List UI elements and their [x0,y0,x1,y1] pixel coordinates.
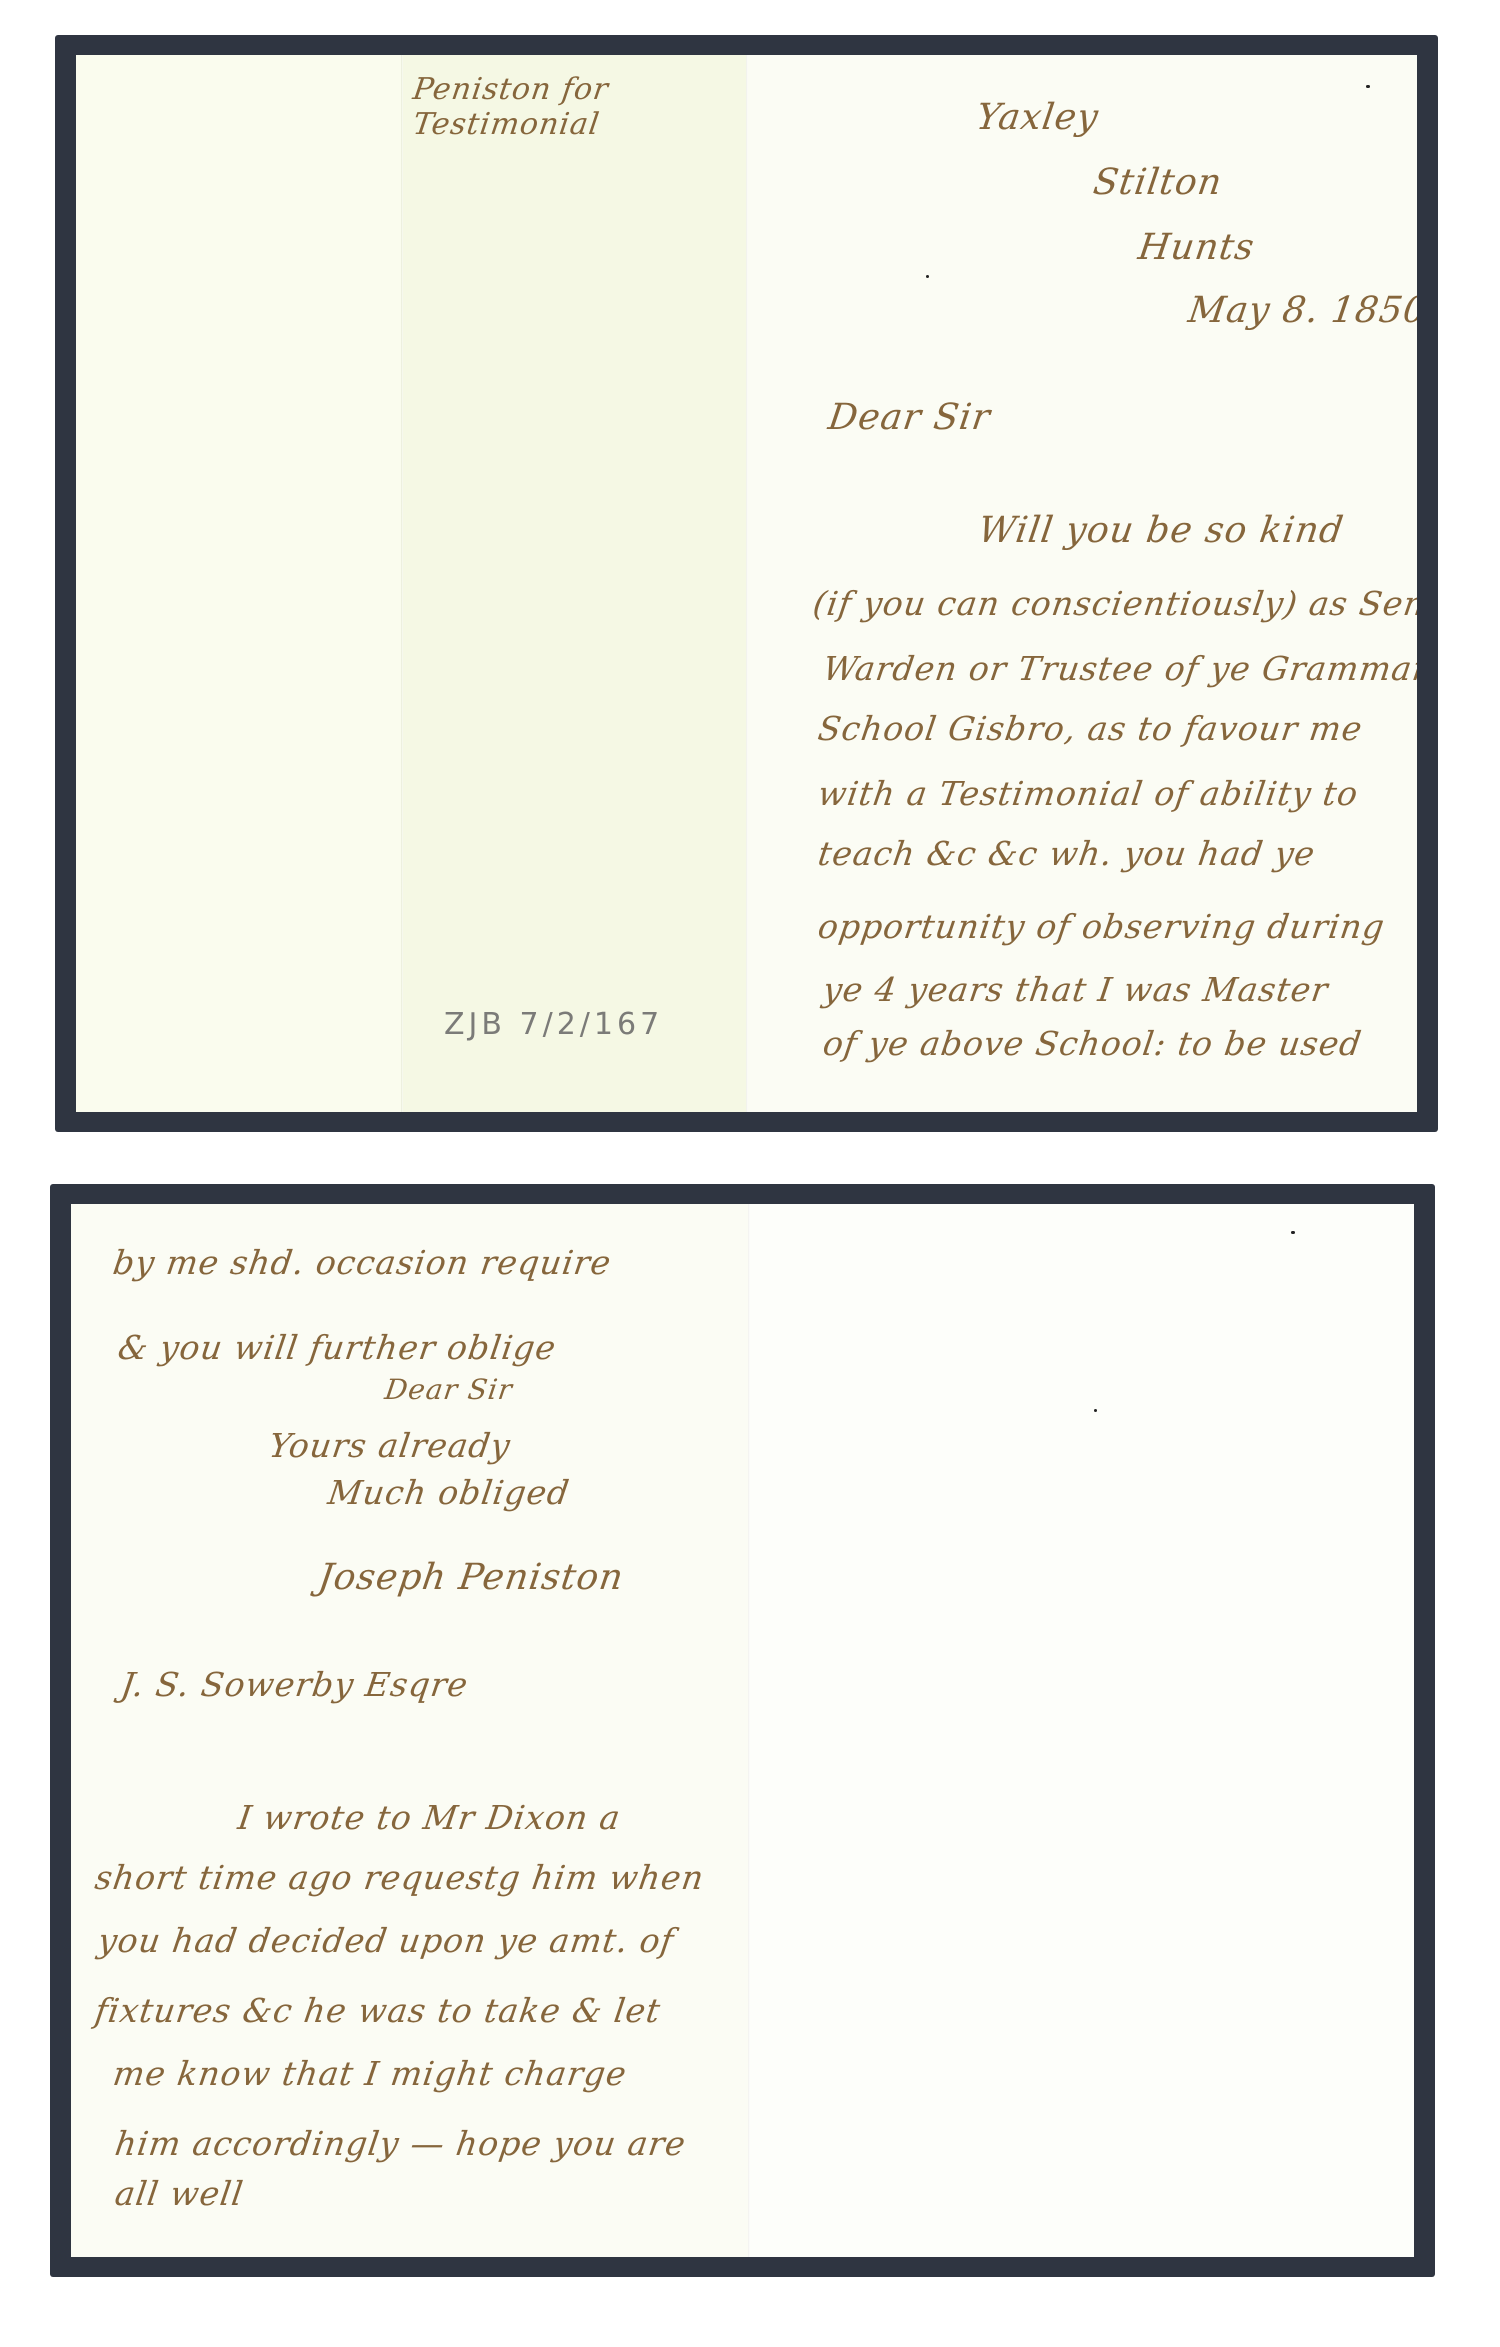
paper-speck [1291,1231,1295,1234]
closing-line-2: Yours already [267,1429,513,1462]
postscript-line: all well [113,2177,246,2210]
salutation: Dear Sir [826,400,993,436]
postscript-line: him accordingly — hope you are [113,2127,688,2160]
fold-line [748,1204,750,2257]
sheet-2-right-panel [748,1204,1414,2257]
postscript-line: fixtures &c he was to take & let [93,1994,663,2027]
address-line-3: Hunts [1136,230,1257,266]
body-line: with a Testimonial of ability to [816,777,1361,810]
paper-speck [926,275,929,278]
postscript-line: you had decided upon ye amt. of [96,1924,676,1957]
sheet-1-center-panel [401,55,746,1112]
body-line: of ye above School: to be used [821,1027,1364,1060]
archive-reference: ZJB 7/2/167 [444,1010,663,1040]
sheet-2-paper: by me shd. occasion require & you will f… [71,1204,1414,2257]
paper-speck [1366,85,1370,88]
addressee: J. S. Sowerby Esqre [119,1668,470,1701]
signature: Joseph Peniston [316,1560,626,1596]
body-line: & you will further oblige [116,1331,558,1364]
closing-line-1: Dear Sir [383,1376,514,1404]
letter-sheet-1: Peniston for Testimonial ZJB 7/2/167 Yax… [55,35,1438,1132]
postscript-line: short time ago requestg him when [93,1861,706,1894]
letter-date: May 8. 1850 [1186,293,1417,329]
body-line: teach &c &c wh. you had ye [816,837,1317,870]
sheet-1-left-panel [76,55,401,1112]
closing-line-3: Much obliged [326,1476,572,1509]
body-line: opportunity of observing during [816,910,1387,943]
body-line: School Gisbro, as to favour me [816,712,1365,745]
body-line: ye 4 years that I was Master [821,973,1331,1006]
sheet-1-paper: Peniston for Testimonial ZJB 7/2/167 Yax… [76,55,1417,1112]
letter-sheet-2: by me shd. occasion require & you will f… [50,1184,1435,2277]
paper-speck [1094,1409,1097,1412]
body-line: Will you be so kind [976,513,1346,549]
docket-line-1: Peniston for [411,75,611,105]
docket-line-2: Testimonial [411,110,602,140]
address-line-1: Yaxley [974,100,1101,136]
body-line: (if you can conscientiously) as Senr. [811,587,1417,620]
fold-line [746,55,748,1112]
postscript-line: I wrote to Mr Dixon a [236,1801,623,1834]
postscript-line: me know that I might charge [111,2057,629,2090]
body-line: Warden or Trustee of ye Grammar [821,652,1417,685]
body-line: by me shd. occasion require [111,1246,614,1279]
fold-line [401,55,403,1112]
address-line-2: Stilton [1091,165,1225,201]
